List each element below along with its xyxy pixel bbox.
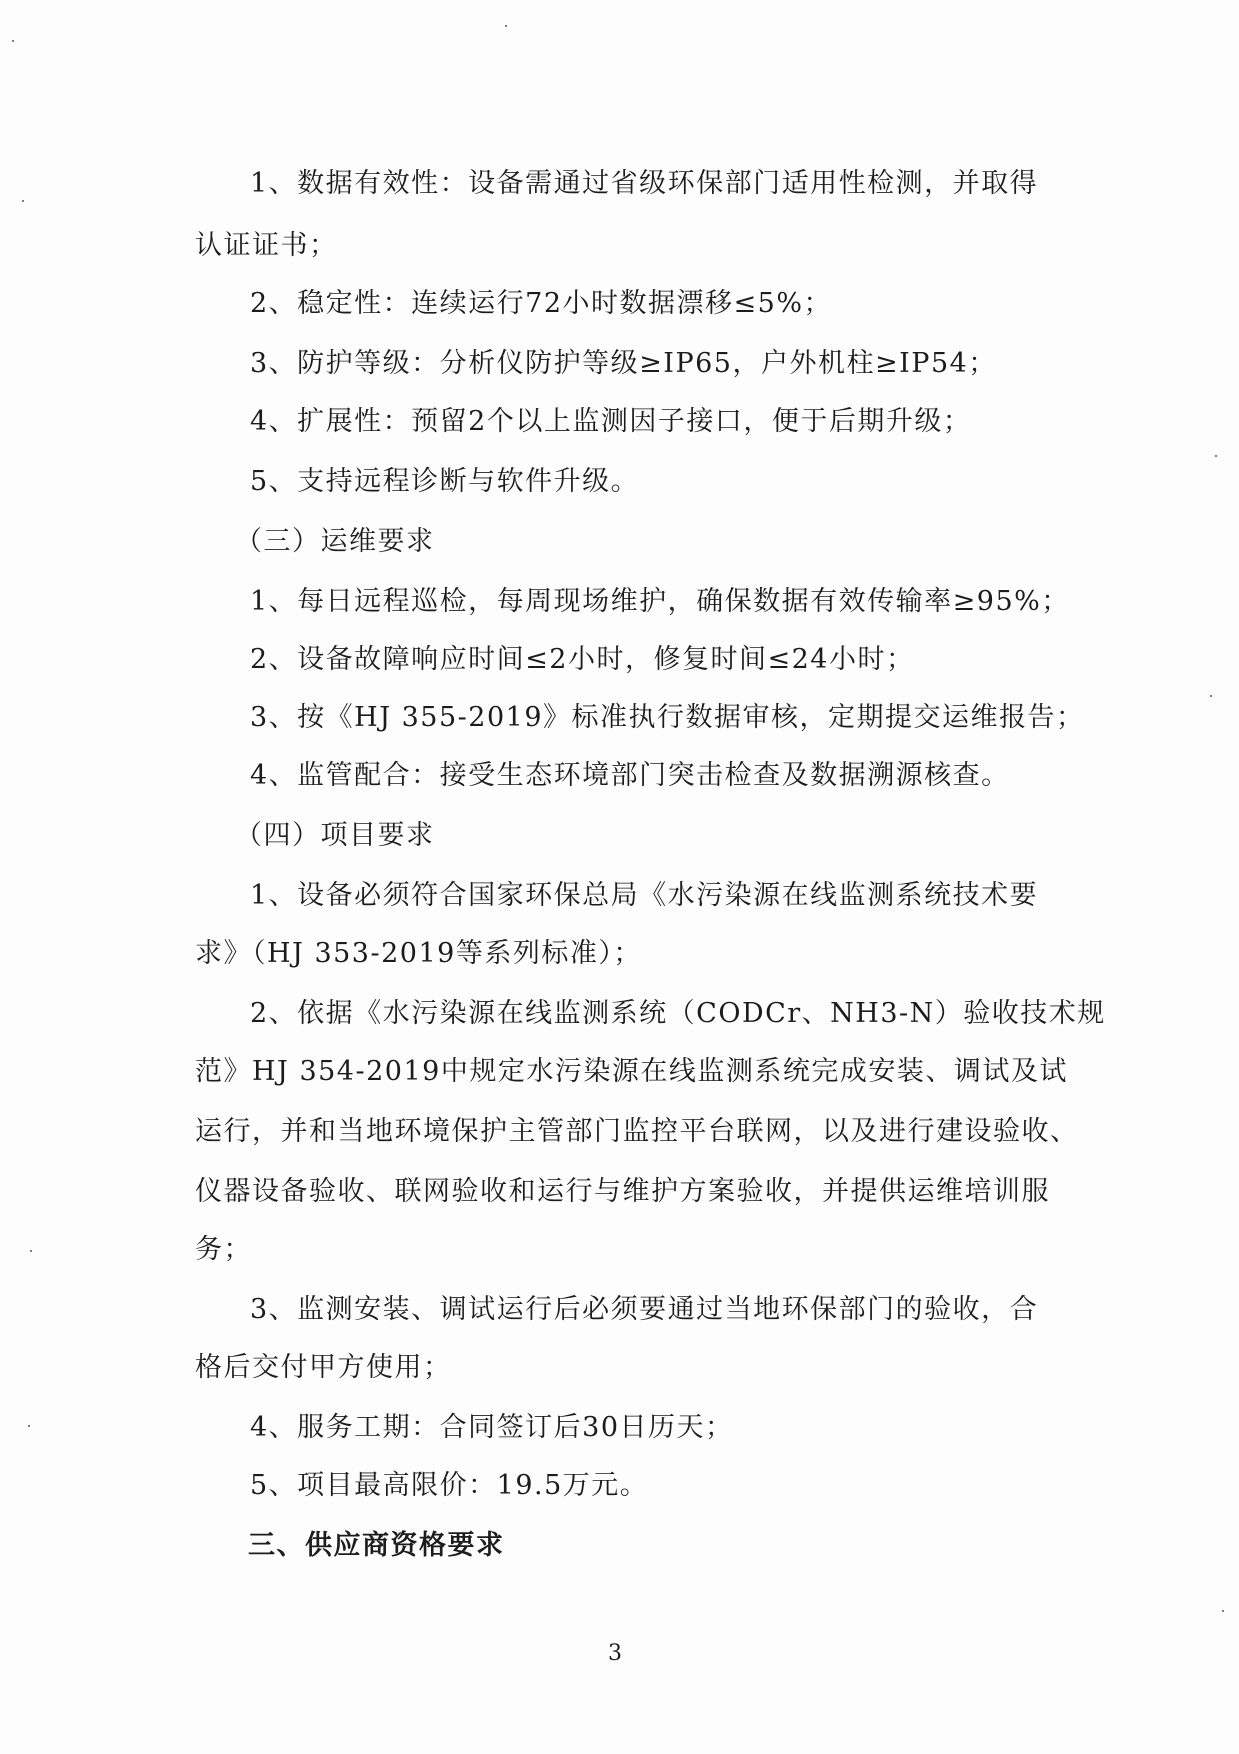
document-page: 1、数据有效性：设备需通过省级环保部门适用性检测，并取得 认证证书； 2、稳定性…	[0, 0, 1239, 1754]
scan-speck	[1222, 1610, 1224, 1612]
project-item-service-period: 4、服务工期：合同签订后30日历天；	[250, 1410, 734, 1446]
project-item-continuation: 运行，并和当地环境保护主管部门监控平台联网，以及进行建设验收、	[195, 1114, 1079, 1150]
project-item-standards: 1、设备必须符合国家环保总局《水污染源在线监测系统技术要	[250, 878, 1038, 914]
section-heading-supplier-qualifications: 三、供应商资格要求	[248, 1528, 505, 1564]
project-item-continuation: 务；	[195, 1232, 252, 1268]
maintenance-item-response-time: 2、设备故障响应时间≤2小时，修复时间≤24小时；	[250, 642, 914, 678]
project-item-continuation: 范》HJ 354-2019中规定水污染源在线监测系统完成安装、调试及试	[195, 1054, 1068, 1090]
scan-speck	[505, 25, 507, 27]
project-item-price-cap: 5、项目最高限价：19.5万元。	[250, 1468, 648, 1504]
section-heading-maintenance: （三）运维要求	[235, 524, 435, 560]
project-item-continuation: 求》（HJ 353-2019等系列标准）；	[195, 936, 642, 972]
scan-speck	[30, 1250, 32, 1252]
project-item-continuation: 仪器设备验收、联网验收和运行与维护方案验收，并提供运维培训服	[195, 1174, 1050, 1210]
maintenance-item-data-audit: 3、按《HJ 355-2019》标准执行数据审核，定期提交运维报告；	[250, 700, 1085, 736]
scan-speck	[1215, 455, 1217, 457]
scan-speck	[12, 40, 14, 42]
requirement-item-continuation: 认证证书；	[195, 228, 338, 264]
page-number: 3	[608, 1640, 622, 1668]
requirement-item-remote-diagnosis: 5、支持远程诊断与软件升级。	[250, 464, 639, 500]
scan-speck	[28, 1425, 30, 1427]
project-item-local-acceptance: 3、监测安装、调试运行后必须要通过当地环保部门的验收，合	[250, 1292, 1038, 1328]
scan-speck	[22, 200, 24, 202]
requirement-item-protection-level: 3、防护等级：分析仪防护等级≥IP65，户外机柱≥IP54；	[250, 346, 997, 382]
project-item-acceptance: 2、依据《水污染源在线监测系统（CODCr、NH3-N）验收技术规	[250, 996, 1106, 1032]
section-heading-project: （四）项目要求	[235, 818, 435, 854]
requirement-item-extensibility: 4、扩展性：预留2个以上监测因子接口，便于后期升级；	[250, 404, 971, 440]
scan-speck	[1210, 695, 1212, 697]
requirement-item-data-validity: 1、数据有效性：设备需通过省级环保部门适用性检测，并取得	[250, 166, 1038, 202]
project-item-continuation: 格后交付甲方使用；	[195, 1350, 452, 1386]
maintenance-item-supervision: 4、监管配合：接受生态环境部门突击检查及数据溯源核查。	[250, 758, 1010, 794]
maintenance-item-inspection: 1、每日远程巡检，每周现场维护，确保数据有效传输率≥95%；	[250, 584, 1070, 620]
requirement-item-stability: 2、稳定性：连续运行72小时数据漂移≤5%；	[250, 286, 832, 322]
